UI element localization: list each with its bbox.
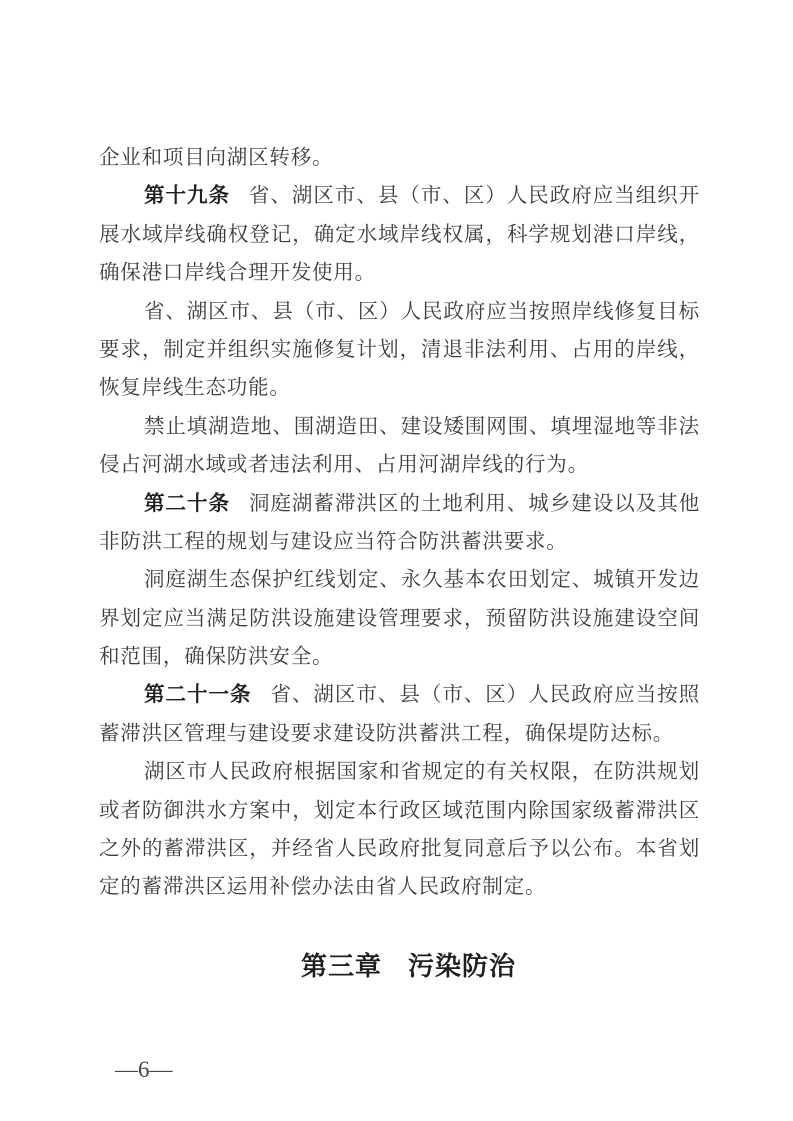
article-19: 第十九条省、湖区市、县（市、区）人民政府应当组织开展水域岸线确权登记，确定水域岸… bbox=[99, 177, 700, 292]
text-line: 和范围，确保防洪安全。 bbox=[99, 638, 700, 676]
text-line: 或者防御洪水方案中，划定本行政区域范围内除国家级蓄滞洪区 bbox=[99, 792, 700, 830]
line-text: 和范围，确保防洪安全。 bbox=[99, 646, 333, 668]
text-line: 禁止填湖造地、围湖造田、建设矮围网围、填埋湿地等非法 bbox=[99, 408, 700, 446]
article-20: 第二十条洞庭湖蓄滞洪区的土地利用、城乡建设以及其他非防洪工程的规划与建设应当符合… bbox=[99, 485, 700, 562]
article-number-label: 第二十条 bbox=[144, 492, 230, 515]
chapter-number: 第三章 bbox=[301, 951, 382, 981]
line-text: 禁止填湖造地、围湖造田、建设矮围网围、填埋湿地等非法 bbox=[144, 416, 700, 438]
article-20-clause-2: 洞庭湖生态保护红线划定、永久基本农田划定、城镇开发边界划定应当满足防洪设施建设管… bbox=[99, 561, 700, 676]
line-text: 要求，制定并组织实施修复计划，清退非法利用、占用的岸线， bbox=[99, 339, 700, 361]
text-line: 之外的蓄滞洪区，并经省人民政府批复同意后予以公布。本省划 bbox=[99, 830, 700, 868]
article-19-clause-3: 禁止填湖造地、围湖造田、建设矮围网围、填埋湿地等非法侵占河湖水域或者违法利用、占… bbox=[99, 408, 700, 485]
text-line: 确保港口岸线合理开发使用。 bbox=[99, 254, 700, 292]
chapter-heading: 第三章污染防治 bbox=[12, 946, 793, 986]
line-text: 洞庭湖蓄滞洪区的土地利用、城乡建设以及其他 bbox=[249, 493, 700, 515]
line-text: 定的蓄滞洪区运用补偿办法由省人民政府制定。 bbox=[99, 876, 546, 898]
text-line: 要求，制定并组织实施修复计划，清退非法利用、占用的岸线， bbox=[99, 331, 700, 369]
page-number: —6— bbox=[115, 1057, 173, 1083]
text-line: 展水域岸线确权登记，确定水域岸线权属，科学规划港口岸线， bbox=[99, 216, 700, 254]
line-text: 湖区市人民政府根据国家和省规定的有关权限，在防洪规划 bbox=[144, 761, 700, 783]
text-line: 界划定应当满足防洪设施建设管理要求，预留防洪设施建设空间 bbox=[99, 600, 700, 638]
document-page: 企业和项目向湖区转移。第十九条省、湖区市、县（市、区）人民政府应当组织开展水域岸… bbox=[0, 0, 793, 1121]
line-text: 企业和项目向湖区转移。 bbox=[99, 147, 333, 169]
line-text: 展水域岸线确权登记，确定水域岸线权属，科学规划港口岸线， bbox=[99, 224, 700, 246]
text-line: 恢复岸线生态功能。 bbox=[99, 369, 700, 407]
article-21: 第二十一条省、湖区市、县（市、区）人民政府应当按照蓄滞洪区管理与建设要求建设防洪… bbox=[99, 676, 700, 753]
article-number-label: 第二十一条 bbox=[144, 683, 251, 706]
text-line: 第二十一条省、湖区市、县（市、区）人民政府应当按照 bbox=[99, 676, 700, 714]
text-line: 省、湖区市、县（市、区）人民政府应当按照岸线修复目标 bbox=[99, 293, 700, 331]
line-text: 非防洪工程的规划与建设应当符合防洪蓄洪要求。 bbox=[99, 531, 568, 553]
text-line: 洞庭湖生态保护红线划定、永久基本农田划定、城镇开发边 bbox=[99, 561, 700, 599]
text-line: 企业和项目向湖区转移。 bbox=[99, 139, 700, 177]
text-line: 第十九条省、湖区市、县（市、区）人民政府应当组织开 bbox=[99, 177, 700, 215]
line-text: 侵占河湖水域或者违法利用、占用河湖岸线的行为。 bbox=[99, 454, 589, 476]
line-text: 确保港口岸线合理开发使用。 bbox=[99, 262, 376, 284]
line-text: 蓄滞洪区管理与建设要求建设防洪蓄洪工程，确保堤防达标。 bbox=[99, 723, 674, 745]
document-body: 企业和项目向湖区转移。第十九条省、湖区市、县（市、区）人民政府应当组织开展水域岸… bbox=[99, 139, 700, 907]
line-text: 洞庭湖生态保护红线划定、永久基本农田划定、城镇开发边 bbox=[144, 569, 700, 591]
line-text: 之外的蓄滞洪区，并经省人民政府批复同意后予以公布。本省划 bbox=[99, 838, 700, 860]
text-line: 定的蓄滞洪区运用补偿办法由省人民政府制定。 bbox=[99, 868, 700, 906]
line-text: 省、湖区市、县（市、区）人民政府应当组织开 bbox=[249, 185, 700, 207]
paragraph-continuation: 企业和项目向湖区转移。 bbox=[99, 139, 700, 177]
article-19-clause-2: 省、湖区市、县（市、区）人民政府应当按照岸线修复目标要求，制定并组织实施修复计划… bbox=[99, 293, 700, 408]
chapter-title: 污染防治 bbox=[408, 951, 516, 981]
line-text: 恢复岸线生态功能。 bbox=[99, 377, 291, 399]
text-line: 侵占河湖水域或者违法利用、占用河湖岸线的行为。 bbox=[99, 446, 700, 484]
article-21-clause-2: 湖区市人民政府根据国家和省规定的有关权限，在防洪规划或者防御洪水方案中，划定本行… bbox=[99, 753, 700, 907]
line-text: 或者防御洪水方案中，划定本行政区域范围内除国家级蓄滞洪区 bbox=[99, 800, 700, 822]
text-line: 第二十条洞庭湖蓄滞洪区的土地利用、城乡建设以及其他 bbox=[99, 485, 700, 523]
line-text: 省、湖区市、县（市、区）人民政府应当按照岸线修复目标 bbox=[144, 301, 700, 323]
line-text: 界划定应当满足防洪设施建设管理要求，预留防洪设施建设空间 bbox=[99, 608, 700, 630]
text-line: 蓄滞洪区管理与建设要求建设防洪蓄洪工程，确保堤防达标。 bbox=[99, 715, 700, 753]
article-number-label: 第十九条 bbox=[144, 184, 230, 207]
line-text: 省、湖区市、县（市、区）人民政府应当按照 bbox=[270, 684, 700, 706]
text-line: 湖区市人民政府根据国家和省规定的有关权限，在防洪规划 bbox=[99, 753, 700, 791]
text-line: 非防洪工程的规划与建设应当符合防洪蓄洪要求。 bbox=[99, 523, 700, 561]
